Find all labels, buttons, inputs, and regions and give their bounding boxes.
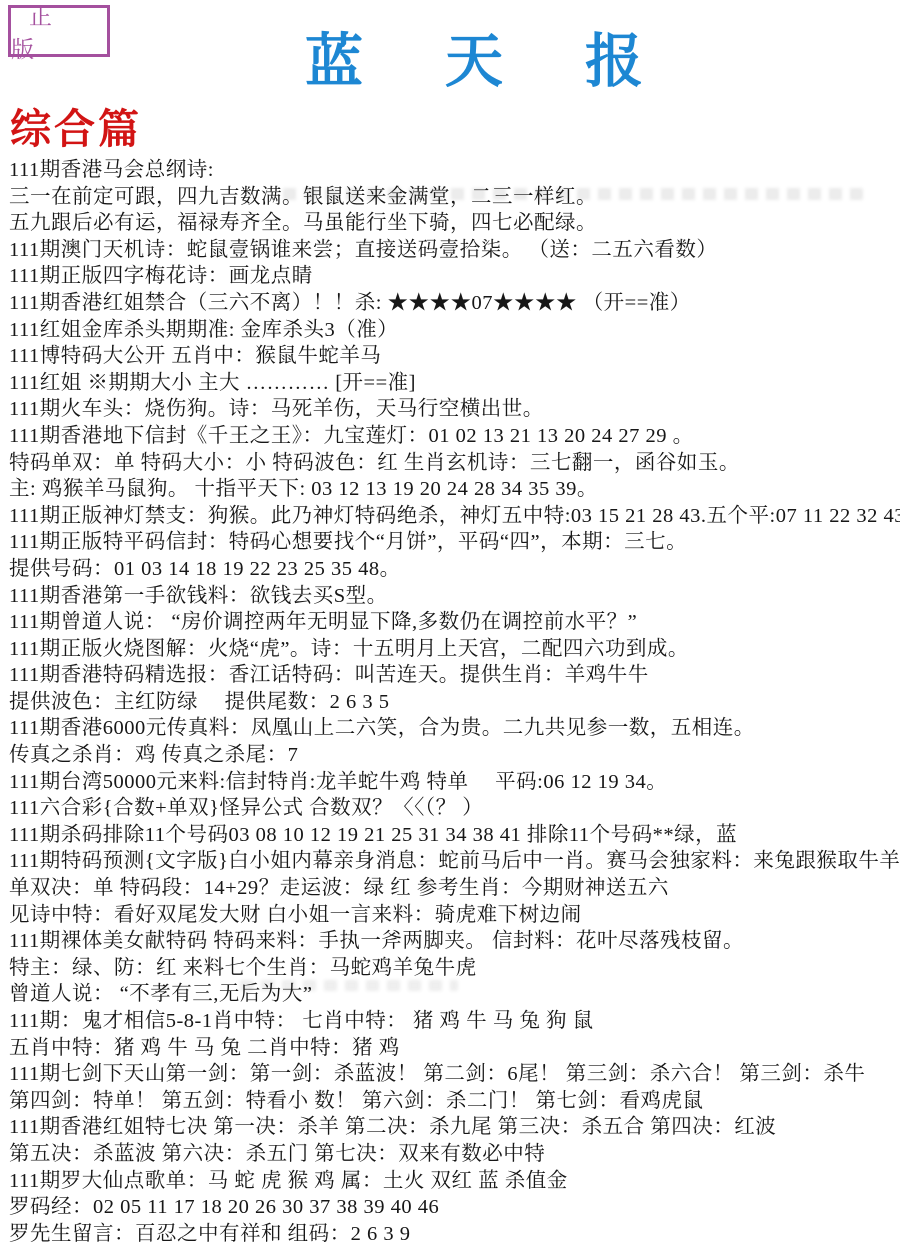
text-line-27: 111期特码预测{文字版}白小姐内幕亲身消息：蛇前马后中一肖。赛马会独家料：来兔… (9, 848, 897, 875)
text-line-16: 提供号码：01 03 14 18 19 22 23 25 35 48。 (9, 556, 897, 583)
text-line-22: 111期香港6000元传真料：凤凰山上二六笑，合为贵。二九共见参一数，五相连。 (9, 715, 897, 742)
text-line-12: 特码单双：单 特码大小：小 特码波色：红 生肖玄机诗：三七翻一，函谷如玉。 (9, 450, 897, 477)
text-line-35: 111期七剑下天山第一剑：第一剑：杀蓝波！ 第二剑：6尾！ 第三剑：杀六合！ 第… (9, 1061, 897, 1088)
text-line-15: 111期正版特平码信封：特码心想要找个“月饼”，平码“四”，本期：三七。 (9, 529, 897, 556)
text-line-7: 111红姐金库杀头期期准: 金库杀头3（准） (9, 317, 897, 344)
text-line-20: 111期香港特码精选报：香江话特码：叫苦连天。提供生肖：羊鸡牛牛 (9, 662, 897, 689)
text-line-6: 111期香港红姐禁合（三六不离）！！杀: ★★★★07★★★★ （开==准） (9, 290, 897, 317)
text-line-40: 罗码经：02 05 11 17 18 20 26 30 37 38 39 40 … (9, 1194, 897, 1221)
text-line-9: 111红姐 ※期期大小 主大 ………… [开==准] (9, 370, 897, 397)
text-line-39: 111期罗大仙点歌单：马 蛇 虎 猴 鸡 属：土火 双红 蓝 杀值金 (9, 1168, 897, 1195)
text-line-17: 111期香港第一手欲钱料：欲钱去买S型。 (9, 583, 897, 610)
text-line-19: 111期正版火烧图解：火烧“虎”。诗：十五明月上天宫，二配四六功到成。 (9, 636, 897, 663)
text-line-11: 111期香港地下信封《千王之王》：九宝莲灯：01 02 13 21 13 20 … (9, 423, 897, 450)
text-line-33: 111期：鬼才相信5-8-1肖中特： 七肖中特： 猪 鸡 牛 马 兔 狗 鼠 (9, 1008, 897, 1035)
text-line-38: 第五决：杀蓝波 第六决：杀五门 第七决：双来有数必中特 (9, 1141, 897, 1168)
text-line-26: 111期杀码排除11个号码03 08 10 12 19 21 25 31 34 … (9, 822, 897, 849)
section-heading: 综合篇 (10, 96, 142, 155)
authentic-stamp-label: 正 版 (11, 0, 107, 64)
text-line-32: 曾道人说： “不孝有三,无后为大” (9, 981, 897, 1008)
text-line-41: 罗先生留言：百忍之中有祥和 组码：2 6 3 9 (9, 1221, 897, 1243)
text-line-10: 111期火车头：烧伤狗。诗：马死羊伤，天马行空横出世。 (9, 396, 897, 423)
text-line-13: 主: 鸡猴羊马鼠狗。 十指平天下: 03 12 13 19 20 24 28 3… (9, 476, 897, 503)
text-line-21: 提供波色：主红防绿 提供尾数：2 6 3 5 (9, 689, 897, 716)
text-line-24: 111期台湾50000元来料:信封特肖:龙羊蛇牛鸡 特单 平码:06 12 19… (9, 769, 897, 796)
text-line-29: 见诗中特：看好双尾发大财 白小姐一言来料：骑虎难下树边闹 (9, 902, 897, 929)
text-line-1: 111期香港马会总纲诗: (9, 157, 897, 184)
text-line-18: 111期曾道人说： “房价调控两年无明显下降,多数仍在调控前水平？” (9, 609, 897, 636)
text-line-25: 111六合彩{合数+单双}怪异公式 合数双？〈〈（？ ） (9, 795, 897, 822)
text-line-34: 五肖中特：猪 鸡 牛 马 兔 二肖中特：猪 鸡 (9, 1035, 897, 1062)
text-line-23: 传真之杀肖：鸡 传真之杀尾：7 (9, 742, 897, 769)
text-line-4: 111期澳门天机诗：蛇鼠壹锅谁来尝；直接送码壹拾柒。 （送：二五六看数） (9, 237, 897, 264)
text-line-37: 111期香港红姐特七决 第一决：杀羊 第二决：杀九尾 第三决：杀五合 第四决：红… (9, 1114, 897, 1141)
text-line-36: 第四剑：特单！ 第五剑：特看小 数！ 第六剑：杀二门！ 第七剑：看鸡虎鼠 (9, 1088, 897, 1115)
text-line-30: 111期裸体美女献特码 特码来料：手执一斧两脚夹。 信封料：花叶尽落残枝留。 (9, 928, 897, 955)
newspaper-page: 正 版 蓝天报 综合篇 111期香港马会总纲诗:三一在前定可跟，四九吉数满。银鼠… (0, 0, 900, 1243)
text-line-31: 特主：绿、防：红 来料七个生肖：马蛇鸡羊兔牛虎 (9, 955, 897, 982)
text-line-5: 111期正版四字梅花诗：画龙点睛 (9, 263, 897, 290)
text-line-14: 111期正版神灯禁支：狗猴。此乃神灯特码绝杀，神灯五中特:03 15 21 28… (9, 503, 897, 530)
text-line-3: 五九跟后必有运，福禄寿齐全。马虽能行坐下骑，四七必配绿。 (9, 210, 897, 237)
authentic-stamp-box: 正 版 (8, 5, 110, 57)
text-line-8: 111博特码大公开 五肖中：猴鼠牛蛇羊马 (9, 343, 897, 370)
page-title: 蓝天报 (305, 14, 725, 98)
text-line-28: 单双决：单 特码段：14+29？走运波：绿 红 参考生肖：今期财神送五六 (9, 875, 897, 902)
content-lines: 111期香港马会总纲诗:三一在前定可跟，四九吉数满。银鼠送来金满堂，二三一样红。… (9, 157, 897, 1243)
text-line-2: 三一在前定可跟，四九吉数满。银鼠送来金满堂，二三一样红。 (9, 184, 897, 211)
